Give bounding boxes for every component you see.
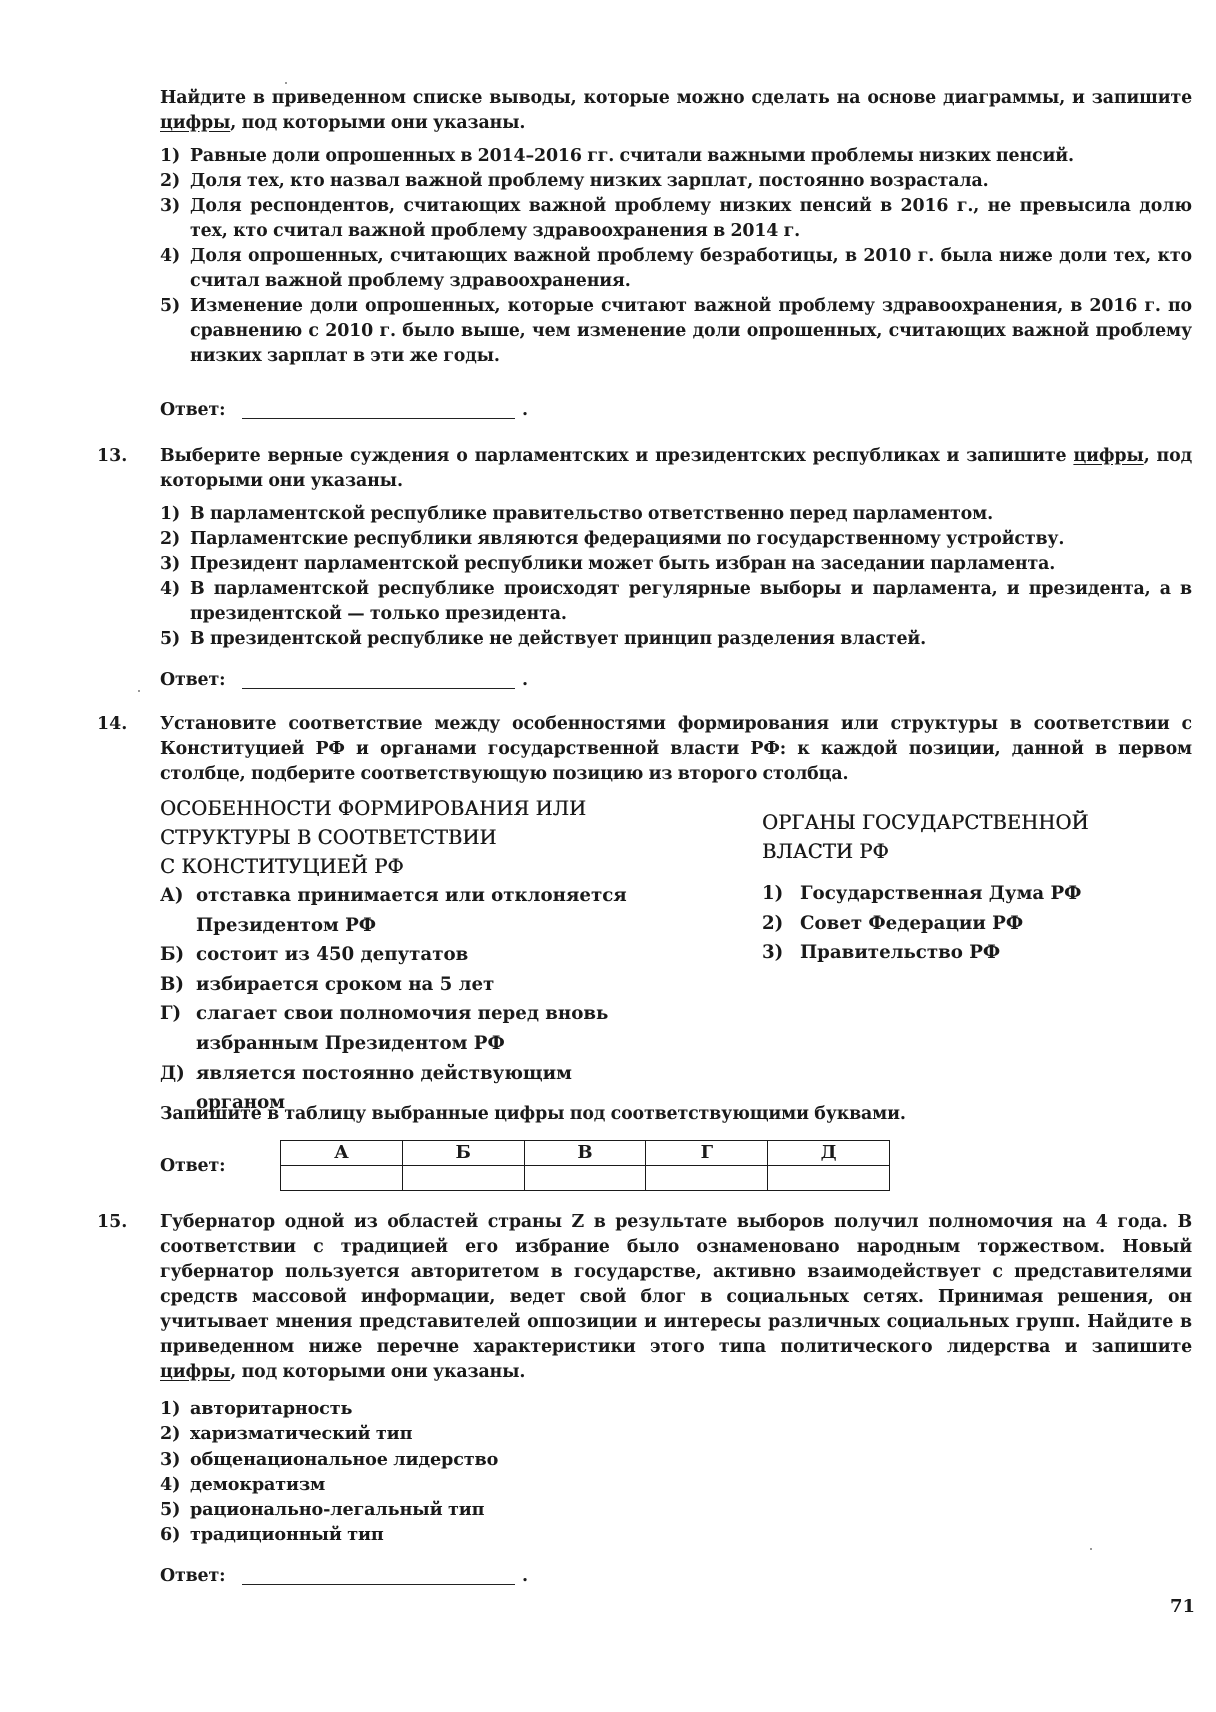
answer-cell-d[interactable] bbox=[768, 1166, 890, 1191]
q12-options-list: 1)Равные доли опрошенных в 2014–2016 гг.… bbox=[160, 144, 1192, 369]
q15-number: 15. bbox=[97, 1210, 127, 1235]
list-item: 4)В парламентской республике происходят … bbox=[160, 577, 1192, 627]
q14-number: 14. bbox=[97, 712, 127, 737]
answer-cell-g[interactable] bbox=[646, 1166, 768, 1191]
table-header-cell: В bbox=[524, 1141, 646, 1166]
q12-intro: Найдите в приведенном списке выводы, кот… bbox=[160, 86, 1192, 136]
q13-answer-field[interactable] bbox=[242, 688, 515, 689]
q13-emphasis-digits: цифры bbox=[1073, 446, 1143, 466]
list-item: 3)Президент парламентской республики мож… bbox=[160, 552, 1192, 577]
list-item: 4)Доля опрошенных, считающих важной проб… bbox=[160, 244, 1192, 294]
page-number: 71 bbox=[1170, 1596, 1195, 1617]
q14-right-heading: ОРГАНЫ ГОСУДАРСТВЕННОЙ ВЛАСТИ РФ bbox=[762, 808, 1182, 866]
list-item: 2)Доля тех, кто назвал важной проблему н… bbox=[160, 169, 1192, 194]
list-item: 6)традиционный тип bbox=[160, 1522, 1192, 1547]
table-header-cell: Б bbox=[402, 1141, 524, 1166]
list-item: 1)Государственная Дума РФ bbox=[762, 879, 1182, 909]
q14-left-heading: ОСОБЕННОСТИ ФОРМИРОВАНИЯ ИЛИ СТРУКТУРЫ В… bbox=[160, 794, 630, 881]
q14-table-instruction: Запишите в таблицу выбранные цифры под с… bbox=[160, 1102, 1192, 1127]
scan-speck bbox=[285, 82, 287, 84]
list-item: 2)харизматический тип bbox=[160, 1421, 1192, 1446]
list-item: 3)Правительство РФ bbox=[762, 938, 1182, 968]
list-item: 3)общенациональное лидерство bbox=[160, 1447, 1192, 1472]
table-row bbox=[281, 1166, 890, 1191]
q14-left-list: А)отставка принимается или отклоняется П… bbox=[160, 881, 630, 1118]
scan-speck bbox=[138, 690, 140, 692]
list-item: Б)состоит из 450 депутатов bbox=[160, 940, 630, 970]
list-item: 1)авторитарность bbox=[160, 1396, 1192, 1421]
list-item: А)отставка принимается или отклоняется П… bbox=[160, 881, 630, 940]
q14-left-column: ОСОБЕННОСТИ ФОРМИРОВАНИЯ ИЛИ СТРУКТУРЫ В… bbox=[160, 794, 630, 1118]
q15-intro: Губернатор одной из областей страны Z в … bbox=[160, 1210, 1192, 1385]
list-item: 3)Доля респондентов, считающих важной пр… bbox=[160, 194, 1192, 244]
table-header-cell: А bbox=[281, 1141, 403, 1166]
table-header-row: А Б В Г Д bbox=[281, 1141, 890, 1166]
list-item: В)избирается сроком на 5 лет bbox=[160, 970, 630, 1000]
q12-emphasis-digits: цифры bbox=[160, 113, 230, 133]
answer-cell-b[interactable] bbox=[402, 1166, 524, 1191]
list-item: 5)В президентской республике не действуе… bbox=[160, 627, 1192, 652]
scan-speck bbox=[1090, 1548, 1092, 1550]
q14-intro: Установите соответствие между особенност… bbox=[160, 712, 1192, 787]
list-item: 1)Равные доли опрошенных в 2014–2016 гг.… bbox=[160, 144, 1192, 169]
answer-cell-a[interactable] bbox=[281, 1166, 403, 1191]
list-item: 4)демократизм bbox=[160, 1472, 1192, 1497]
q15-answer-field[interactable] bbox=[242, 1584, 515, 1585]
q12-answer-field[interactable] bbox=[242, 418, 515, 419]
table-header-cell: Г bbox=[646, 1141, 768, 1166]
q13-options-list: 1)В парламентской республике правительст… bbox=[160, 502, 1192, 652]
list-item: 5)рационально-легальный тип bbox=[160, 1497, 1192, 1522]
q13-intro: Выберите верные суждения о парламентских… bbox=[160, 444, 1192, 494]
list-item: 2)Парламентские республики являются феде… bbox=[160, 527, 1192, 552]
q15-emphasis-digits: цифры bbox=[160, 1362, 230, 1382]
q14-right-column: ОРГАНЫ ГОСУДАРСТВЕННОЙ ВЛАСТИ РФ 1)Госуд… bbox=[762, 808, 1182, 968]
list-item: Г)слагает свои полномочия перед вновь из… bbox=[160, 999, 630, 1058]
answer-cell-v[interactable] bbox=[524, 1166, 646, 1191]
q15-options-list: 1)авторитарность 2)харизматический тип 3… bbox=[160, 1396, 1192, 1548]
textbook-page: Найдите в приведенном списке выводы, кот… bbox=[0, 0, 1216, 1712]
q14-right-list: 1)Государственная Дума РФ 2)Совет Федера… bbox=[762, 879, 1182, 968]
list-item: 5)Изменение доли опрошенных, которые счи… bbox=[160, 294, 1192, 369]
list-item: 2)Совет Федерации РФ bbox=[762, 909, 1182, 939]
q13-number: 13. bbox=[97, 444, 127, 469]
list-item: 1)В парламентской республике правительст… bbox=[160, 502, 1192, 527]
q14-answer-table: А Б В Г Д bbox=[280, 1140, 890, 1191]
table-header-cell: Д bbox=[768, 1141, 890, 1166]
